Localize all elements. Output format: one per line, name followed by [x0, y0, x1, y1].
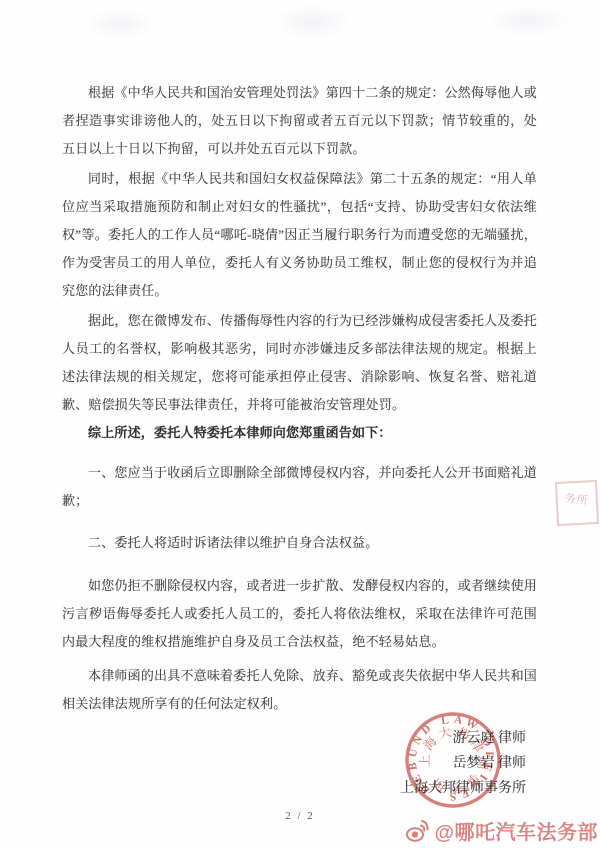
paragraph-rights-reservation: 本律师函的出具不意味着委托人免除、放弃、豁免或丧失依据中华人民共和国相关法律法规…: [62, 662, 537, 718]
scan-smudge: [470, 0, 590, 44]
signature-block: 游云庭 律师 岳梦岩 律师 上海大邦律师事务所: [62, 726, 537, 801]
paragraph-warning: 如您仍拒不删除侵权内容，或者进一步扩散、发酵侵权内容的，或者继续使用污言秽语侮辱…: [62, 572, 537, 656]
partial-edge-stamp-text: 务所: [564, 490, 590, 509]
paragraph-women-rights-law: 同时，根据《中华人民共和国妇女权益保障法》第二十五条的规定：“用人单位应当采取措…: [62, 165, 537, 305]
scan-smudge: [258, 0, 368, 48]
partial-edge-stamp: 务所: [555, 480, 599, 526]
scanned-letter-page: 根据《中华人民共和国治安管理处罚法》第四十二条的规定：公然侮辱他人或者捏造事实诽…: [0, 0, 600, 848]
signature-firm: 上海大邦律师事务所: [62, 776, 526, 801]
signature-lawyer-2: 岳梦岩 律师: [62, 751, 526, 776]
watermark-text: @哪吒汽车法务部: [434, 816, 598, 845]
letter-body: 根据《中华人民共和国治安管理处罚法》第四十二条的规定：公然侮辱他人或者捏造事实诽…: [62, 79, 537, 801]
weibo-eye-icon: [405, 818, 431, 844]
demand-item-2: 二、委托人将适时诉诸法律以维护自身合法权益。: [62, 529, 537, 557]
demand-item-1: 一、您应当于收函后立即删除全部微博侵权内容，并向委托人公开书面赔礼道歉；: [62, 459, 537, 515]
scan-smudge: [70, 2, 170, 46]
weibo-watermark: @哪吒汽车法务部: [405, 816, 598, 845]
paragraph-demand-intro: 综上所述，委托人特委托本律师向您郑重函告如下：: [62, 419, 537, 447]
page-number: 2 / 2: [285, 810, 315, 822]
signature-lawyer-1: 游云庭 律师: [62, 726, 526, 751]
paragraph-public-security-law: 根据《中华人民共和国治安管理处罚法》第四十二条的规定：公然侮辱他人或者捏造事实诽…: [62, 79, 537, 163]
paragraph-infringement: 据此，您在微博发布、传播侮辱性内容的行为已经涉嫌构成侵害委托人及委托人员工的名誉…: [62, 307, 537, 419]
